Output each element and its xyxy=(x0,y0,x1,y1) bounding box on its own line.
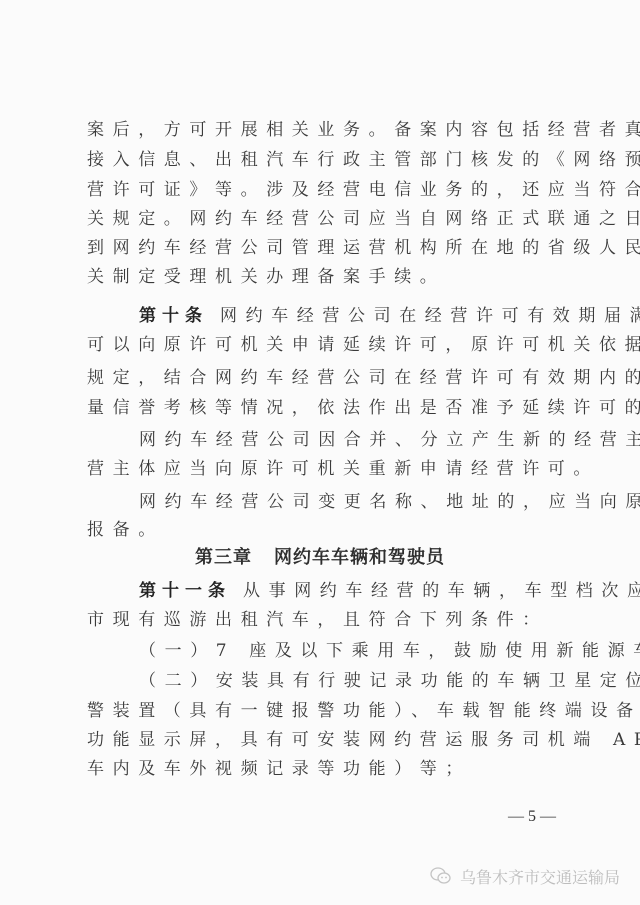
text-line: 接入信息、出租汽车行政主管部门核发的《网络预约出租汽车经 xyxy=(87,145,565,175)
article-label: 第十条 xyxy=(139,306,208,326)
chapter-title: 网约车车辆和驾驶员 xyxy=(274,547,445,568)
wechat-icon xyxy=(430,866,452,886)
text-line: 报备。 xyxy=(87,515,565,545)
text-line: 到网约车经营公司管理运营机构所在地的省级人民政府公安机 xyxy=(87,233,565,263)
text-line: 营主体应当向原许可机关重新申请经营许可。 xyxy=(87,454,565,484)
watermark: 乌鲁木齐市交通运输局 xyxy=(430,864,620,888)
text-line: 警装置（具有一键报警功能）、车载智能终端设备（含人机交互 xyxy=(87,696,565,726)
text-line: 规定，结合网约车经营公司在经营许可有效期内的经营行为和质 xyxy=(87,363,565,393)
list-item-1: （一）7 座及以下乘用车，鼓励使用新能源车辆； xyxy=(87,636,565,666)
text-line: 网约车经营公司变更名称、地址的，应当向原许可机关办理 xyxy=(87,487,565,517)
text-line: 功能显示屏，具有可安装网约营运服务司机端 APP、计时计程、 xyxy=(87,725,565,755)
article-label: 第十一条 xyxy=(139,581,231,601)
text-line: 网约车经营公司在经营许可有效期届满 30 日前， xyxy=(220,306,640,326)
page-number: — 5 — xyxy=(508,808,556,826)
chapter-heading: 第三章网约车车辆和驾驶员 xyxy=(0,543,640,569)
text-line: 关制定受理机关办理备案手续。 xyxy=(87,262,565,292)
article-11-first-line: 第十一条从事网约车经营的车辆，车型档次应当不低于本 xyxy=(87,576,565,606)
text-line: 可以向原许可机关申请延续许可，原许可机关依据本办法第六条 xyxy=(87,330,565,360)
text-line: 市现有巡游出租汽车，且符合下列条件： xyxy=(87,605,565,635)
text-line: 关规定。网约车经营公司应当自网络正式联通之日起 30 日内， xyxy=(87,204,565,234)
text-line: 从事网约车经营的车辆，车型档次应当不低于本 xyxy=(243,581,640,601)
watermark-text: 乌鲁木齐市交通运输局 xyxy=(460,865,620,888)
article-10-first-line: 第十条网约车经营公司在经营许可有效期届满 30 日前， xyxy=(87,301,565,331)
document-page: 案后，方可开展相关业务。备案内容包括经营者真实身份信息、 接入信息、出租汽车行政… xyxy=(0,0,640,905)
text-line: 量信誉考核等情况，依法作出是否准予延续许可的决定。 xyxy=(87,393,565,423)
text-line: 车内及车外视频记录等功能）等； xyxy=(87,754,565,784)
list-item-2: （二）安装具有行驶记录功能的车辆卫星定位装置、应急报 xyxy=(87,666,565,696)
text-line: 网约车经营公司因合并、分立产生新的经营主体的，新的经 xyxy=(87,425,565,455)
text-line: 案后，方可开展相关业务。备案内容包括经营者真实身份信息、 xyxy=(87,115,565,145)
text-line: 营许可证》等。涉及经营电信业务的，还应当符合电信管理的相 xyxy=(87,175,565,205)
chapter-number: 第三章 xyxy=(195,547,252,568)
